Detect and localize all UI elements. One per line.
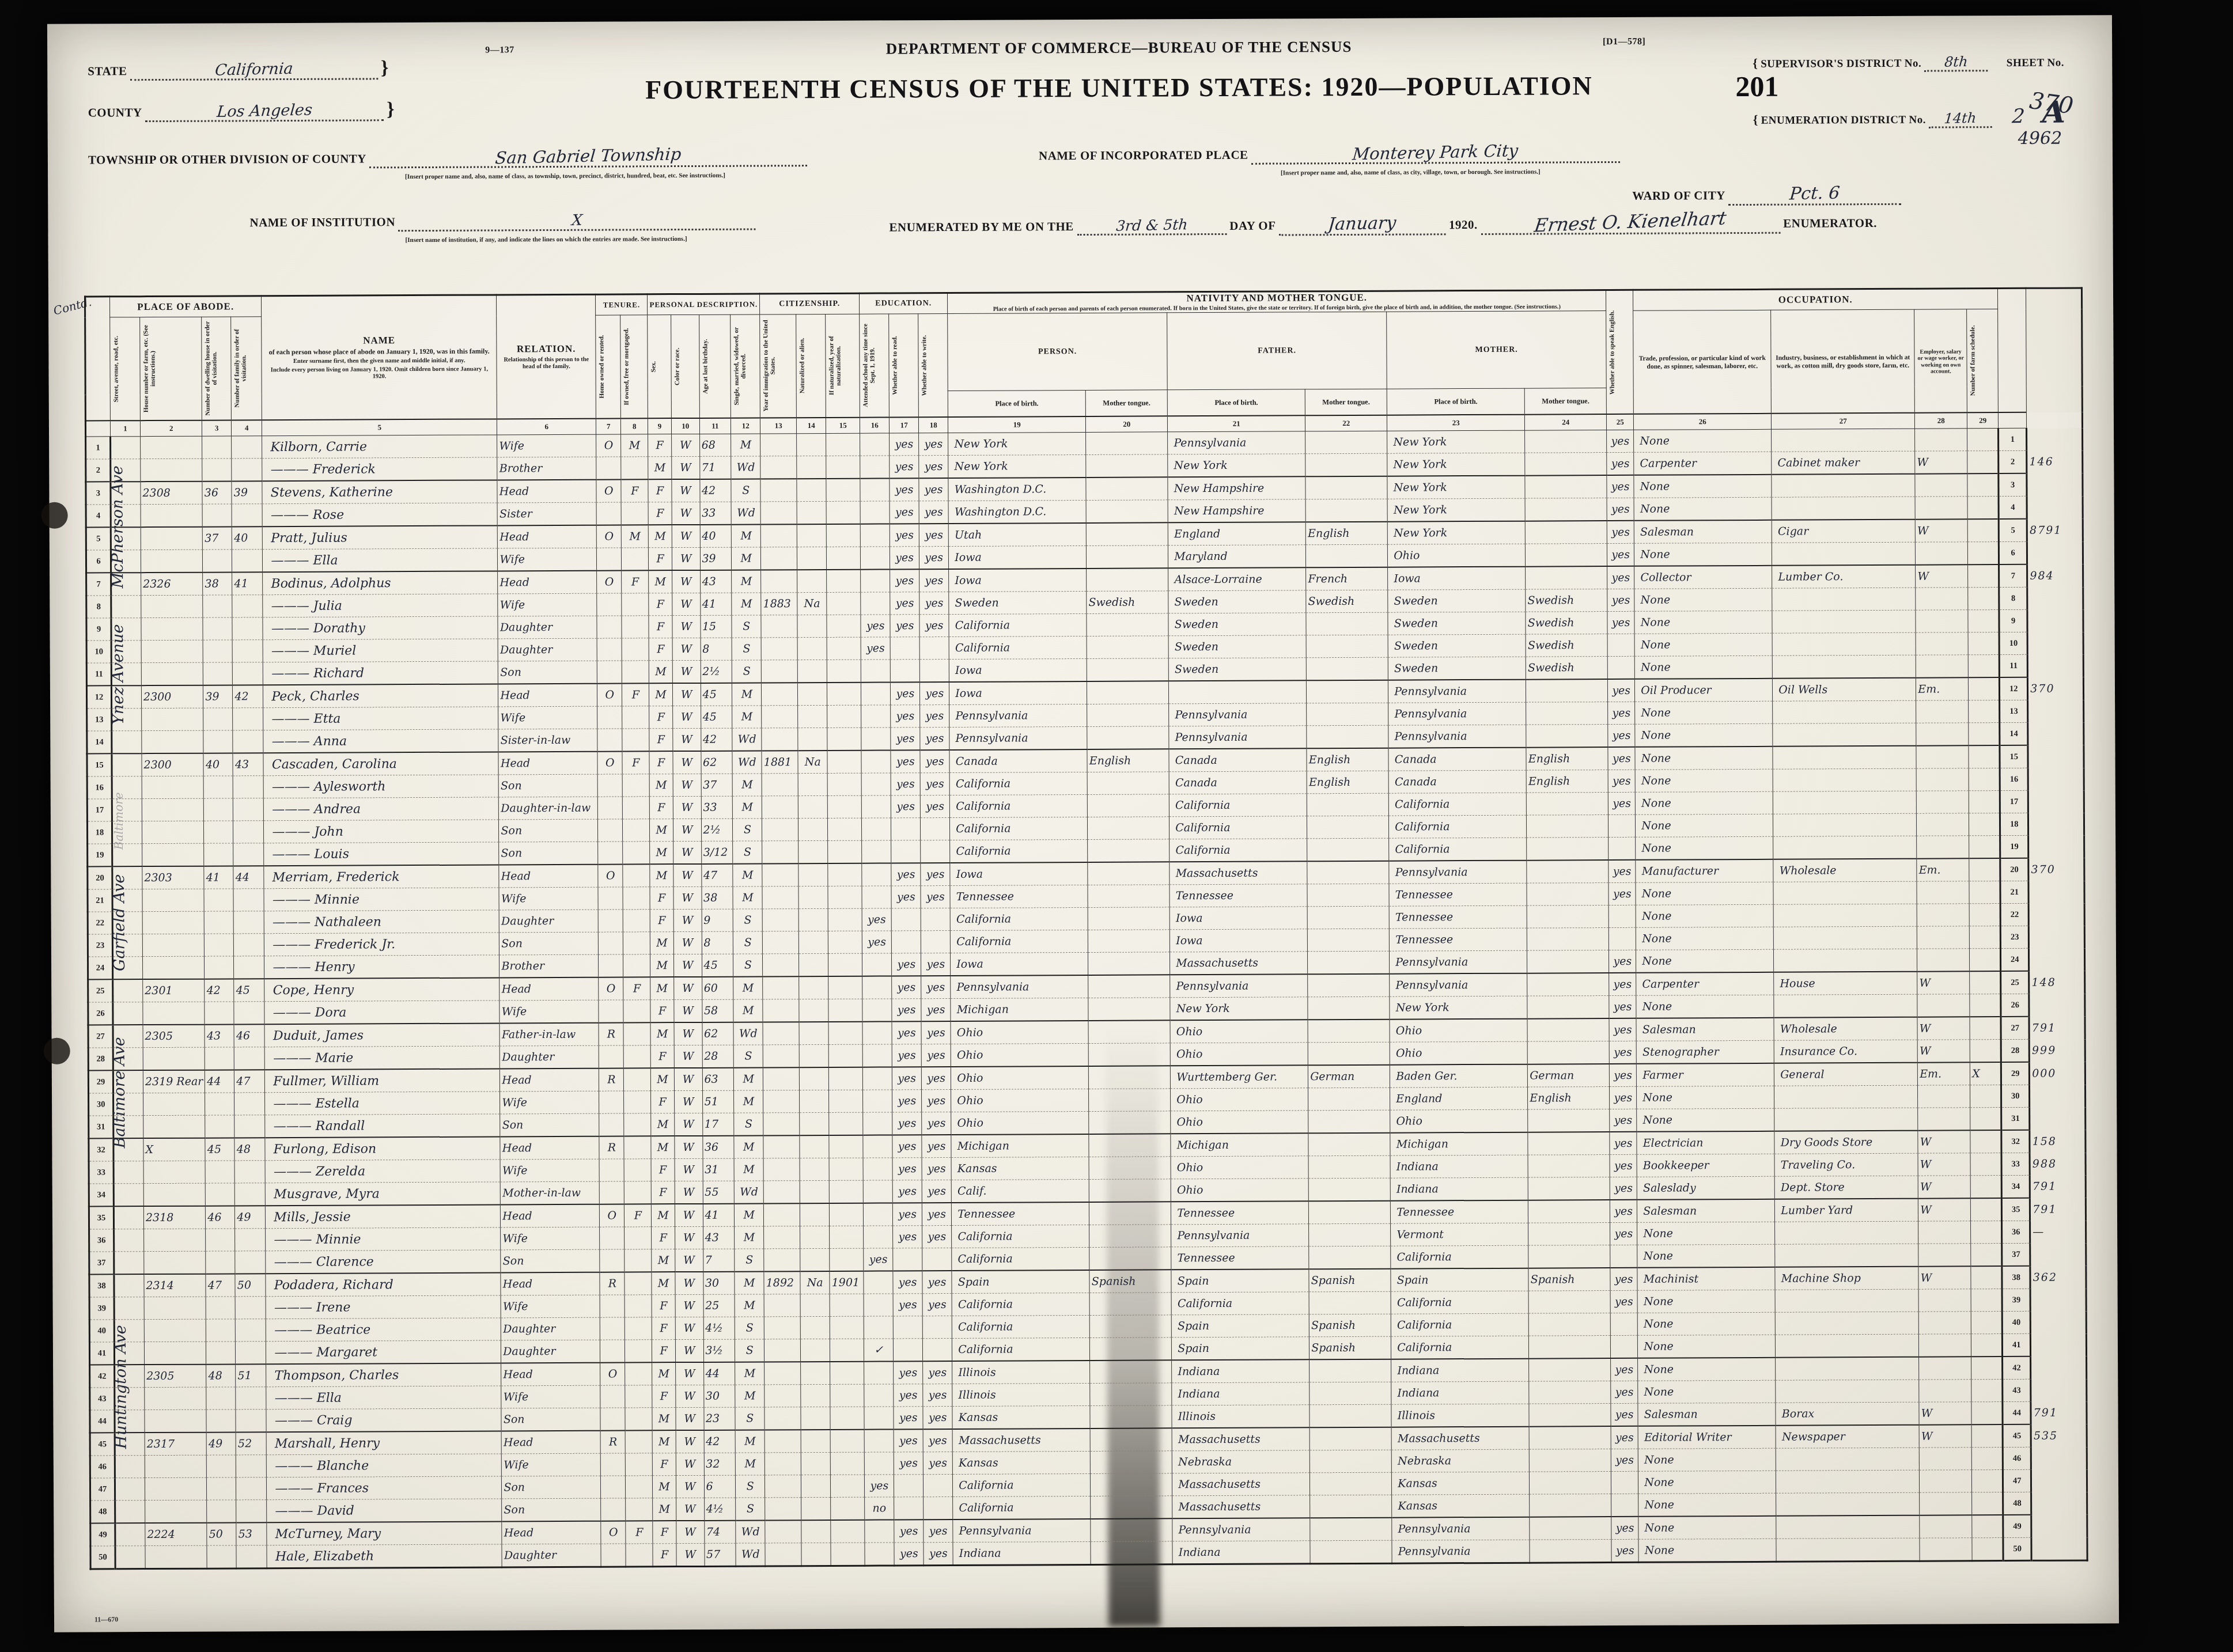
margin-head: [2026, 288, 2083, 412]
cell-eng: yes: [1608, 679, 1635, 702]
cell-mt: [1090, 1337, 1172, 1361]
cell-rel: Head: [499, 977, 599, 1001]
cell-street: [113, 1184, 143, 1207]
cell-fam: 51: [236, 1364, 266, 1387]
cell-nat: [801, 1407, 830, 1430]
cell-o: R: [599, 1023, 623, 1046]
cell-wr: yes: [922, 1158, 951, 1180]
cell-mpob: California: [1391, 1336, 1529, 1359]
cell-eng: yes: [1610, 1290, 1637, 1313]
cell-sex: F: [651, 1045, 675, 1069]
cell-house: [144, 1251, 206, 1274]
cell-trade: Carpenter: [1634, 452, 1772, 475]
cell-sex: F: [648, 502, 672, 525]
cell-mpob: Tennessee: [1391, 1200, 1528, 1224]
supervisor-label: SUPERVISOR'S DISTRICT No.: [1761, 58, 1921, 70]
cell-o: [600, 1340, 625, 1363]
cell-natyr: [827, 660, 861, 683]
census-sheet: 9—137 DEPARTMENT OF COMMERCE—BUREAU OF T…: [47, 15, 2119, 1632]
cell-mpob: Tennessee: [1389, 905, 1527, 929]
cell-mt: [1088, 885, 1170, 908]
cell-sex: F: [653, 1521, 676, 1544]
cell-name: Podadera, Richard: [266, 1272, 501, 1296]
cell-emp: [1916, 768, 1969, 791]
cell-wr: yes: [921, 1021, 951, 1044]
cell-fpob: Ohio: [1171, 1111, 1308, 1134]
cell-wr: yes: [921, 886, 950, 908]
cell-margin: 146: [2027, 450, 2083, 473]
cell-mpob: California: [1391, 1291, 1528, 1314]
cell-mmt: [1526, 566, 1607, 589]
cell-race: W: [675, 1249, 703, 1272]
cell-mmt: [1527, 996, 1609, 1019]
cell-fam: [233, 708, 263, 730]
cell-nr: 22: [2000, 903, 2028, 926]
cell-ind: Lumber Yard: [1775, 1199, 1918, 1222]
cell-f: [622, 774, 649, 797]
cell-pob: California: [952, 1293, 1089, 1316]
cell-wr: yes: [923, 1361, 952, 1384]
cell-street: [111, 505, 141, 528]
cell-fmt: [1309, 1450, 1391, 1473]
cell-mmt: [1527, 838, 1608, 861]
cell-street: [112, 912, 142, 934]
cell-rd: yes: [890, 501, 919, 524]
cell-n: 30: [89, 1093, 113, 1116]
cell-name: ——— Beatrice: [266, 1318, 501, 1342]
cell-dw: [205, 1002, 234, 1025]
cell-nr: 30: [2001, 1085, 2030, 1107]
cell-fmt: [1307, 680, 1388, 703]
cell-o: [601, 1453, 626, 1476]
cell-fam: [236, 1500, 267, 1523]
cell-nr: 7: [1999, 564, 2027, 588]
cell-rd: [893, 1248, 922, 1271]
cell-street: [115, 1433, 145, 1456]
cell-imm: 1883: [761, 593, 797, 615]
cell-nat: [798, 818, 828, 840]
cell-rel: Father-in-law: [499, 1023, 599, 1046]
cell-rel: Son: [498, 774, 597, 797]
cell-f: [621, 502, 648, 525]
cell-emp: [1916, 632, 1968, 655]
cell-mpob: Kansas: [1392, 1494, 1530, 1518]
cell-fmt: [1307, 793, 1389, 816]
cell-dw: [203, 617, 232, 640]
cell-natyr: [830, 1248, 864, 1271]
cell-rel: Son: [499, 842, 598, 865]
cell-sch: [862, 818, 891, 840]
cell-fpob: New York: [1168, 454, 1305, 478]
cell-street: [114, 1252, 144, 1275]
cell-margin: [2027, 541, 2083, 564]
cell-house: 2303: [142, 866, 205, 889]
page-title: FOURTEENTH CENSUS OF THE UNITED STATES: …: [525, 70, 1712, 105]
cell-mt: [1088, 952, 1170, 975]
cell-sex: F: [649, 751, 673, 774]
cell-n: 6: [86, 550, 111, 573]
cell-fpob: Massachusetts: [1172, 1495, 1310, 1519]
cell-natyr: [829, 1135, 863, 1158]
cell-ind: [1776, 1515, 1920, 1539]
cell-eng: yes: [1611, 1426, 1638, 1449]
cell-rel: Wife: [498, 706, 597, 729]
cell-rel: Wife: [501, 1227, 600, 1250]
cell-dw: 40: [203, 753, 233, 776]
cell-name: ——— Minnie: [266, 1227, 501, 1251]
cell-o: [601, 1544, 626, 1567]
cell-rd: yes: [893, 1271, 922, 1294]
group-place-of-abode: PLACE OF ABODE.: [109, 296, 262, 317]
cell-farm: [1969, 813, 2000, 836]
cell-fam: [232, 550, 263, 573]
cell-street: [112, 731, 142, 754]
cell-sex: M: [652, 1249, 675, 1272]
cell-name: Musgrave, Myra: [266, 1182, 501, 1206]
cell-race: W: [675, 1272, 703, 1295]
cell-o: [597, 638, 622, 661]
cell-pob: Pennsylvania: [949, 704, 1087, 728]
cell-n: 34: [89, 1184, 113, 1207]
cell-nat: [798, 886, 828, 908]
cell-dw: [203, 595, 232, 617]
cell-fam: 45: [234, 979, 264, 1002]
cell-rd: yes: [892, 1158, 922, 1180]
cell-rel: Wife: [497, 434, 596, 457]
cell-farm: [1969, 791, 2000, 813]
cell-fmt: [1310, 1495, 1392, 1518]
cell-sex: M: [650, 842, 673, 865]
cell-age: 42: [704, 1430, 736, 1453]
cell-f: [626, 1498, 653, 1521]
cell-ind: [1772, 497, 1915, 520]
cell-age: 32: [704, 1453, 736, 1475]
cell-emp: [1917, 813, 1969, 836]
cell-mpob: Pennsylvania: [1389, 861, 1527, 884]
cell-race: W: [675, 1158, 703, 1181]
cell-fpob: Sweden: [1168, 590, 1306, 613]
cell-eng: yes: [1611, 1381, 1638, 1403]
ed-label: ENUMERATION DISTRICT No.: [1761, 114, 1926, 127]
cell-margin: [2027, 609, 2083, 632]
cell-mt: [1090, 1383, 1172, 1406]
cell-race: W: [672, 525, 700, 548]
cell-mt: [1088, 794, 1170, 817]
cell-margin: [2031, 1333, 2087, 1357]
cell-natyr: [830, 1294, 864, 1316]
cell-farm: [1970, 1176, 2001, 1199]
cell-natyr: [827, 637, 861, 660]
cell-fam: [234, 934, 264, 956]
cell-rd: yes: [892, 999, 921, 1022]
cell-mt: [1087, 681, 1169, 704]
colnum-n: [85, 420, 110, 437]
cell-rd: yes: [891, 886, 921, 908]
cell-wr: yes: [922, 1271, 952, 1294]
cell-street: [113, 1025, 143, 1048]
cell-nat: [799, 1044, 828, 1067]
cell-fpob: California: [1170, 794, 1307, 817]
cell-mmt: [1528, 1291, 1610, 1314]
cell-emp: [1918, 1108, 1970, 1131]
cell-street: [114, 1342, 144, 1365]
cell-n: 10: [86, 641, 111, 663]
cell-eng: [1608, 905, 1636, 927]
cell-fpob: Massachusetts: [1170, 952, 1308, 975]
cell-sex: F: [652, 1227, 675, 1249]
cell-dw: [202, 436, 232, 459]
cell-imm: [764, 1362, 801, 1385]
cell-imm: [764, 1226, 800, 1249]
cell-wr: yes: [919, 433, 948, 456]
cell-mpob: Indiana: [1390, 1177, 1528, 1201]
cell-street: [113, 1048, 143, 1071]
cell-nr: 10: [1999, 632, 2027, 654]
cell-sex: F: [648, 479, 672, 502]
cell-age: 41: [700, 593, 732, 615]
cell-rd: yes: [892, 1135, 922, 1158]
cell-street: [112, 957, 142, 980]
cell-fpob: Indiana: [1172, 1382, 1309, 1405]
cell-n: 50: [90, 1546, 115, 1569]
institution-line: NAME OF INSTITUTION X: [249, 211, 755, 232]
cell-nr: 32: [2001, 1130, 2030, 1153]
cell-dw: [206, 1409, 236, 1433]
cell-ms: S: [732, 638, 762, 660]
cell-nat: [800, 1112, 829, 1135]
cell-rd: yes: [890, 615, 919, 637]
cell-mpob: Pennsylvania: [1392, 1517, 1530, 1541]
enumerator-signature: Ernest O. Kienelhart: [1533, 207, 1728, 236]
cell-fmt: [1305, 499, 1387, 522]
cell-margin: [2031, 1356, 2087, 1379]
cell-mpob: Pennsylvania: [1390, 950, 1527, 974]
cell-race: W: [674, 1068, 702, 1091]
cell-imm: [764, 1385, 801, 1407]
cell-street: [115, 1456, 145, 1478]
cell-o: O: [597, 684, 622, 707]
cell-mt: [1089, 1315, 1171, 1338]
hole-punch: [44, 1038, 70, 1064]
cell-eng: [1611, 1494, 1638, 1517]
cell-natyr: [830, 1407, 864, 1430]
colnum-sex: 9: [648, 418, 672, 434]
cell-eng: yes: [1607, 430, 1634, 452]
cell-sch: [861, 660, 890, 683]
cell-farm: [1970, 926, 2001, 949]
cell-street: [111, 663, 141, 686]
cell-house: 2224: [145, 1523, 207, 1546]
cell-o: [597, 774, 622, 797]
cell-o: R: [599, 1136, 624, 1160]
cell-emp: [1918, 1289, 1971, 1312]
cell-fam: [236, 1545, 267, 1568]
cell-rel: Wife: [498, 593, 597, 616]
cell-trade: Editorial Writer: [1638, 1426, 1776, 1449]
cell-name: ——— Rose: [262, 503, 497, 526]
cell-rel: Head: [501, 1204, 600, 1227]
cell-trade: None: [1637, 1312, 1775, 1335]
cell-f: [623, 797, 650, 819]
cell-f: [624, 1136, 651, 1159]
cell-ms: Wd: [731, 456, 760, 479]
cell-o: [598, 842, 623, 865]
cell-rd: yes: [891, 728, 920, 751]
cell-natyr: [828, 999, 862, 1022]
cell-mt: [1087, 658, 1168, 681]
cell-farm: [1969, 836, 2000, 859]
cell-fam: [234, 1115, 265, 1138]
cell-fam: [232, 595, 263, 617]
cell-age: 60: [702, 977, 733, 1000]
cell-margin: 999: [2029, 1039, 2085, 1062]
cell-wr: yes: [922, 1203, 952, 1226]
cell-dw: [205, 1093, 234, 1115]
cell-ind: Borax: [1776, 1402, 1919, 1426]
cell-sch: [861, 705, 891, 728]
cell-pob: Sweden: [949, 592, 1087, 615]
cell-rd: yes: [894, 1361, 923, 1384]
cell-fmt: [1308, 929, 1390, 952]
cell-farm: [1969, 858, 2000, 881]
cell-wr: yes: [920, 682, 949, 705]
cell-wr: yes: [919, 478, 948, 501]
cell-fmt: [1305, 431, 1387, 454]
cell-house: 2305: [143, 1025, 205, 1048]
colnum-sch: 16: [860, 418, 890, 434]
cell-n: 1: [86, 437, 111, 459]
cell-pob: California: [949, 636, 1087, 660]
cell-eng: [1609, 927, 1636, 950]
cell-eng: yes: [1609, 973, 1636, 996]
cell-mmt: [1527, 815, 1608, 838]
cell-sex: M: [651, 1068, 675, 1091]
cell-farm: [1972, 1470, 2003, 1492]
cell-pob: Kansas: [951, 1157, 1089, 1180]
cell-trade: None: [1638, 1493, 1776, 1517]
cell-house: 2318: [143, 1206, 206, 1229]
cell-sex: F: [649, 593, 672, 616]
ward-label: WARD OF CITY: [1632, 188, 1725, 203]
col-naturalized: Naturalized or alien.: [796, 315, 826, 418]
colnum-wr: 18: [919, 417, 948, 433]
sheet-value: 2: [2011, 105, 2026, 128]
cell-mt: [1091, 1518, 1172, 1541]
cell-race: W: [672, 683, 701, 706]
cell-farm: [1968, 588, 1999, 610]
cell-eng: yes: [1608, 860, 1636, 883]
cell-farm: [1968, 632, 1999, 655]
cell-wr: yes: [921, 953, 951, 976]
colnum-pob: 19: [948, 416, 1086, 433]
cell-imm: [764, 1430, 801, 1453]
cell-fmt: Swedish: [1306, 590, 1388, 613]
cell-farm: [1969, 700, 2000, 723]
cell-mpob: Massachusetts: [1391, 1427, 1529, 1450]
cell-farm: [1970, 1040, 2001, 1063]
cell-fmt: [1305, 476, 1387, 499]
cell-rd: yes: [893, 1203, 922, 1226]
cell-mmt: [1530, 1540, 1611, 1563]
cell-ind: [1773, 723, 1916, 747]
cell-emp: [1916, 542, 1968, 565]
cell-ms: M: [733, 774, 762, 796]
cell-sch: [864, 1362, 894, 1385]
cell-mpob: Pennsylvania: [1388, 680, 1526, 703]
cell-rel: Head: [501, 1363, 600, 1386]
cell-pob: Pennsylvania: [951, 975, 1088, 999]
cell-race: W: [676, 1453, 704, 1475]
cell-farm: [1969, 904, 2000, 926]
cell-name: Cope, Henry: [264, 977, 499, 1001]
cell-margin: [2029, 994, 2085, 1017]
cell-farm: X: [1970, 1062, 2001, 1085]
cell-mt: [1087, 772, 1169, 795]
cell-mpob: California: [1389, 838, 1527, 861]
cell-fam: [236, 1409, 266, 1433]
cell-n: 5: [86, 527, 111, 550]
cell-natyr: [830, 1362, 864, 1385]
cell-trade: Manufacturer: [1636, 859, 1773, 883]
township-line: TOWNSHIP OR OTHER DIVISION OF COUNTY San…: [88, 145, 807, 169]
cell-ms: Wd: [736, 1543, 765, 1566]
cell-mmt: [1525, 475, 1607, 498]
cell-fmt: [1309, 1359, 1391, 1382]
cell-dw: [204, 843, 233, 866]
cell-emp: W: [1919, 1402, 1971, 1425]
col-employer-class: Employer, salary or wage worker, or work…: [1914, 309, 1967, 413]
cell-trade: Farmer: [1637, 1063, 1774, 1087]
cell-trade: Carpenter: [1636, 972, 1774, 996]
cell-wr: yes: [922, 1226, 952, 1248]
cell-margin: 988: [2030, 1153, 2086, 1175]
cell-trade: None: [1634, 656, 1772, 679]
cell-natyr: [827, 615, 861, 637]
cell-nr: 27: [2001, 1017, 2029, 1040]
place-label: NAME OF INCORPORATED PLACE: [1039, 148, 1248, 163]
cell-fpob: Iowa: [1170, 929, 1308, 952]
cell-f: [625, 1272, 652, 1295]
cell-rd: [891, 818, 921, 840]
cell-emp: [1920, 1470, 1972, 1492]
cell-mpob: California: [1389, 793, 1527, 816]
hole-punch: [41, 502, 68, 529]
cell-n: 11: [86, 663, 111, 686]
cell-natyr: [829, 1090, 863, 1112]
cell-emp: W: [1915, 451, 1967, 474]
cell-sch: [861, 773, 891, 795]
cell-mt: [1086, 454, 1168, 478]
county-line: COUNTY Los Angeles }: [88, 98, 395, 122]
cell-mt: [1088, 907, 1170, 930]
cell-mpob: New York: [1387, 498, 1525, 522]
cell-dw: [206, 1319, 236, 1342]
cell-n: 22: [88, 912, 112, 934]
cell-street: [111, 527, 141, 550]
cell-farm: [1969, 745, 2000, 768]
cell-race: W: [676, 1498, 704, 1521]
cell-eng: yes: [1607, 475, 1634, 498]
cell-fpob: Massachusetts: [1172, 1473, 1310, 1496]
cell-n: 37: [89, 1252, 114, 1275]
cell-mmt: [1530, 1494, 1611, 1517]
cell-margin: 370: [2028, 677, 2084, 700]
cell-imm: [762, 774, 798, 796]
cell-rd: yes: [894, 1543, 924, 1566]
cell-ind: Machine Shop: [1775, 1267, 1918, 1290]
cell-mpob: Pennsylvania: [1388, 702, 1526, 725]
cell-natyr: [829, 1180, 863, 1203]
